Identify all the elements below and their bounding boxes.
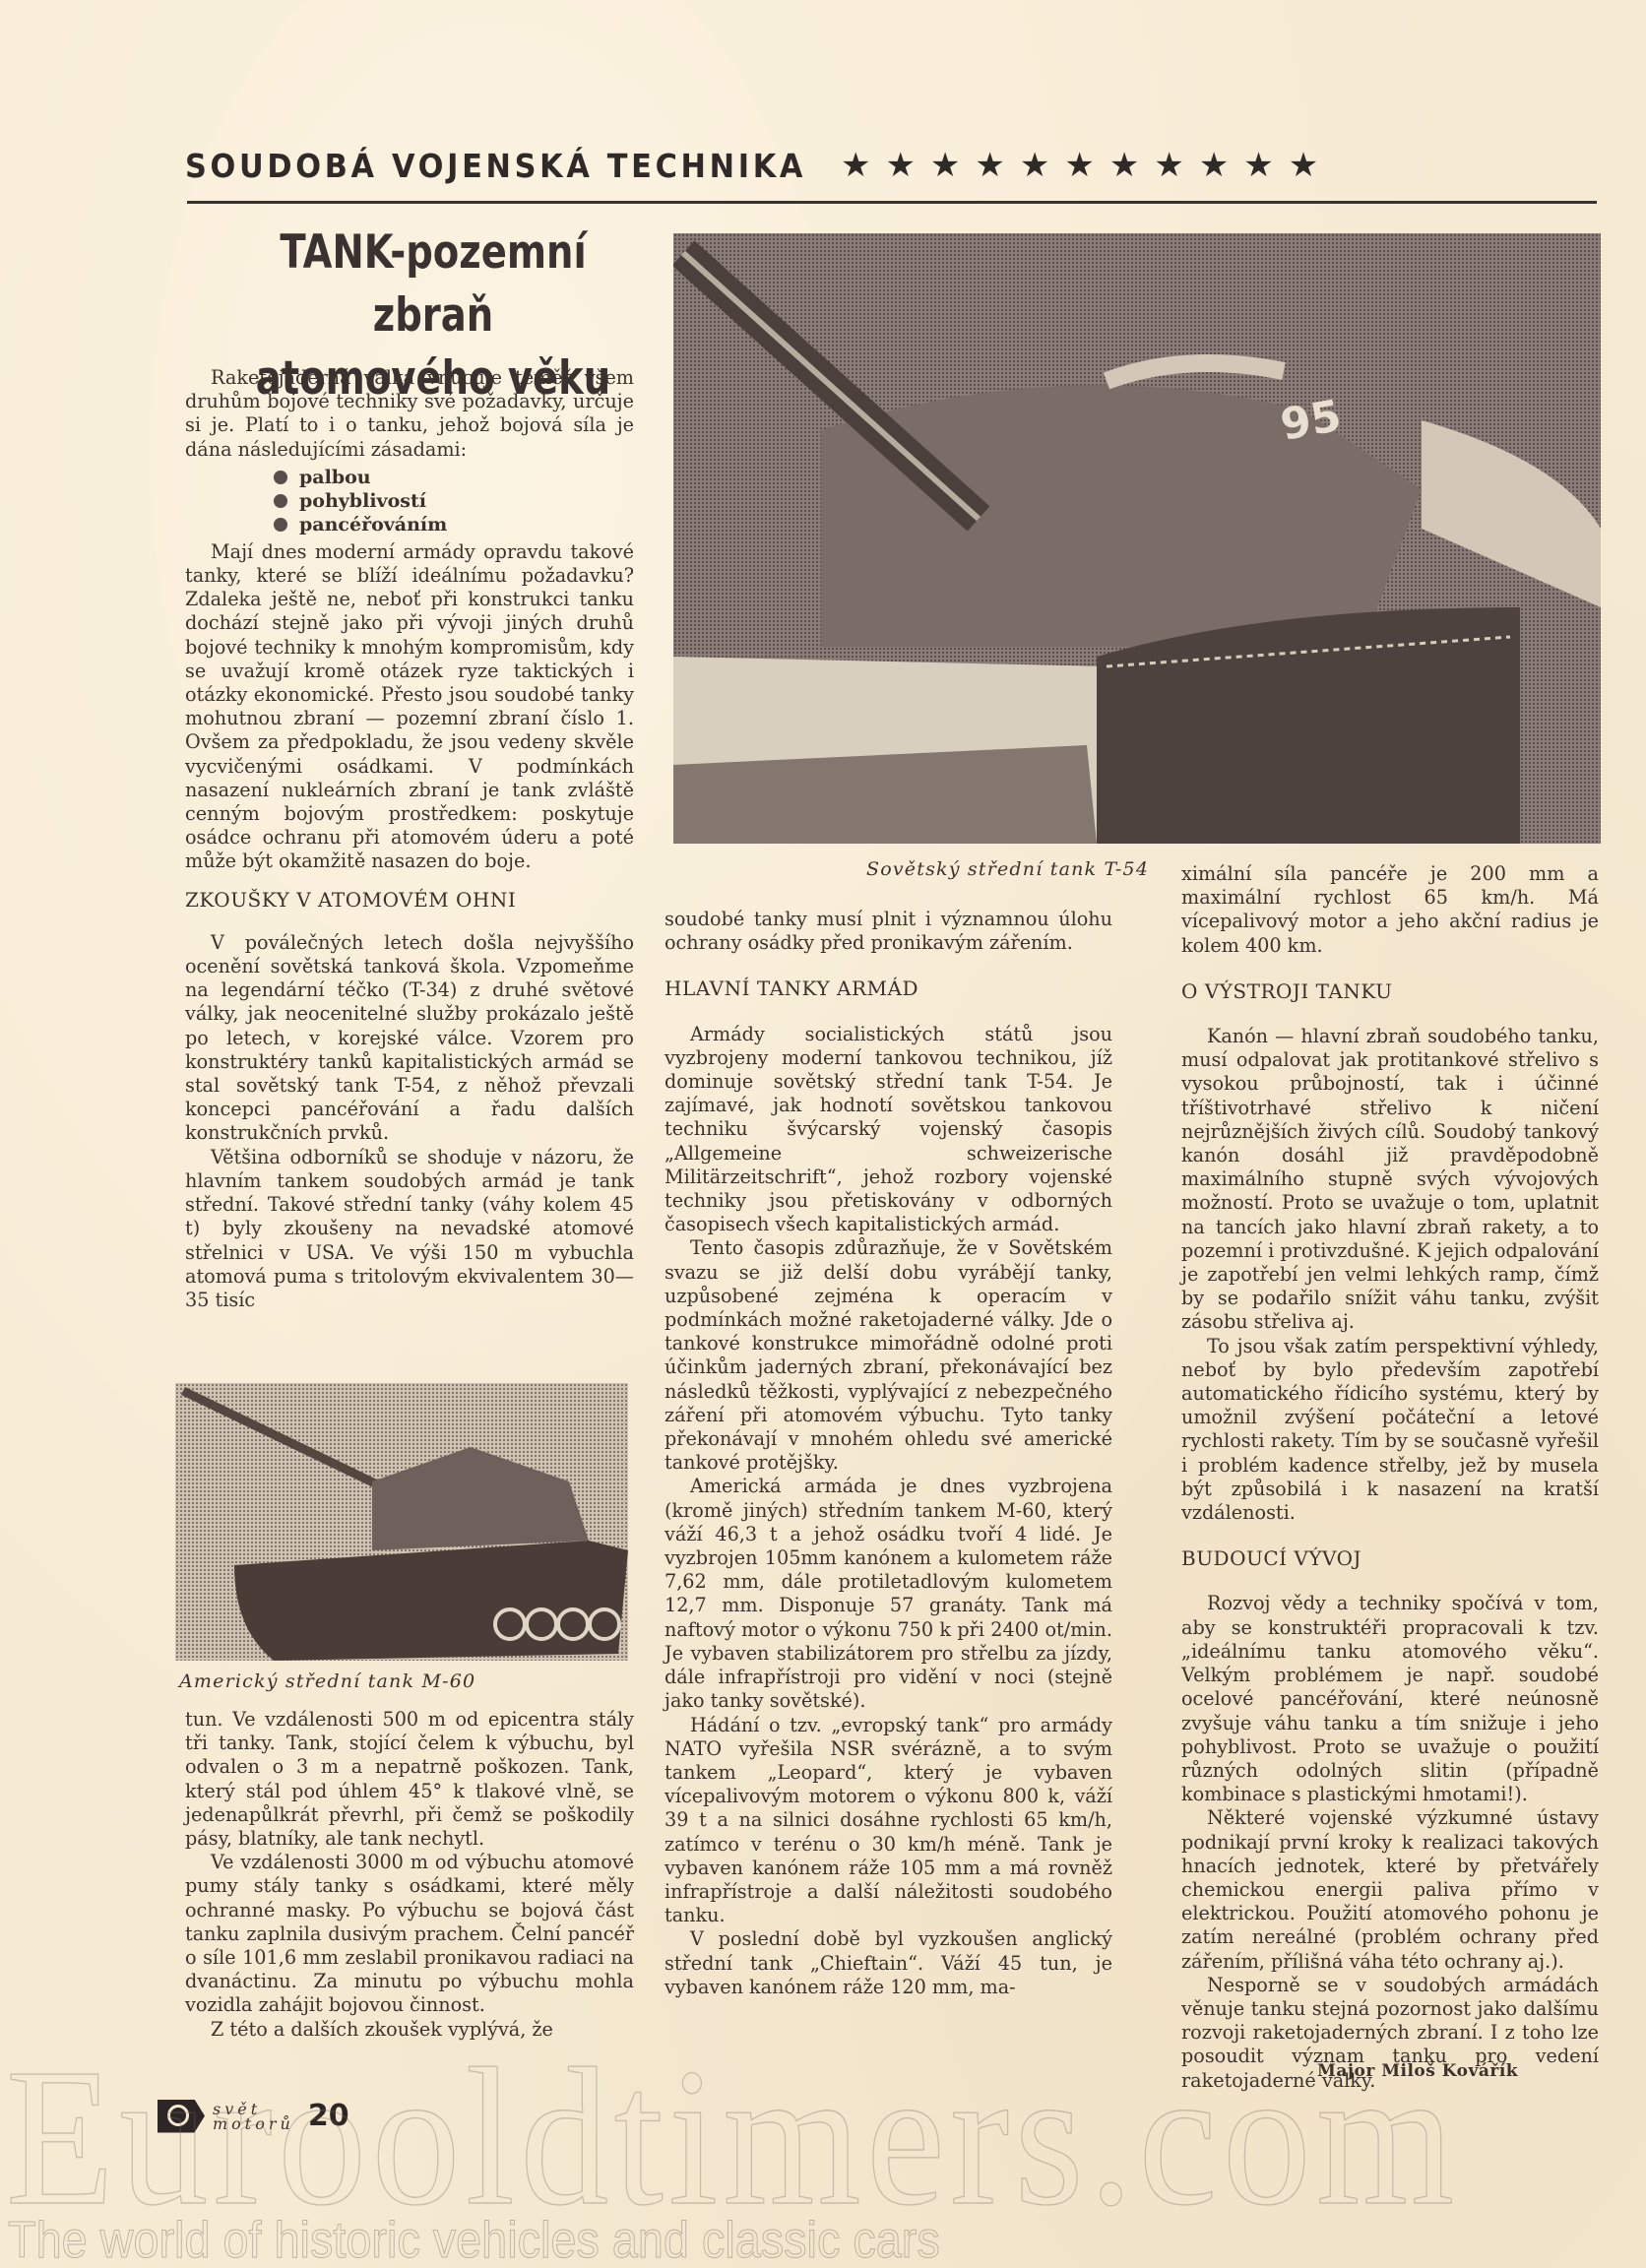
body-paragraph: Tento časopis zdůrazňuje, že v Sovětském… [665,1236,1112,1475]
section-heading: BUDOUCÍ VÝVOJ [1181,1546,1599,1570]
section-heading: ZKOUŠKY V ATOMOVÉM OHNI [185,888,634,912]
body-paragraph: Hádání o tzv. „evropský tank“ pro armády… [665,1714,1112,1928]
section-heading: HLAVNÍ TANKY ARMÁD [665,976,1112,1000]
photo-t54-tank: 95 [673,233,1601,844]
section-header: SOUDOBÁ VOJENSKÁ TECHNIKA ★★★★★★★★★★★ [185,144,1603,187]
body-paragraph: tun. Ve vzdálenosti 500 m od epicentra s… [185,1708,634,1851]
body-paragraph: Ve vzdálenosti 3000 m od výbuchu atomové… [185,1851,634,2017]
principles-list: palbou pohyblivostí pancéřováním [274,466,634,536]
body-paragraph: To jsou však zatím perspektivní výhledy,… [1181,1335,1599,1526]
principle-item: pohyblivostí [274,489,634,513]
body-paragraph: Kanón — hlavní zbraň soudobého tanku, mu… [1181,1025,1599,1335]
intro-paragraph-2: Mají dnes moderní armády opravdu takové … [185,540,634,874]
watermark-tagline: The world of historic vehicles and class… [8,2211,940,2268]
column-middle: soudobé tanky musí plnit i významnou úlo… [665,908,1112,1999]
tank-m60-illustration [175,1383,628,1661]
column-left-top: Raketojaderná válka vnucuje téměř všem d… [185,366,634,1312]
column-right: ximální síla pancéře je 200 mm a maximál… [1181,862,1599,2093]
section-heading: O VÝSTROJI TANKU [1181,979,1599,1003]
body-paragraph: Některé vojenské výzkumné ústavy podnika… [1181,1806,1599,1973]
header-rule [187,201,1597,204]
photo-m60-tank [175,1383,628,1661]
watermark-site: Eurooldtimers.com [6,2040,1460,2236]
bullet-icon [274,471,287,484]
body-paragraph: Většina odborníků se shoduje v názoru, ž… [185,1146,634,1312]
body-paragraph: V poslední době byl vyzkoušen anglický s… [665,1927,1112,1999]
title-line-1: TANK-pozemní zbraň [223,221,643,347]
principle-item: palbou [274,466,634,489]
section-kicker: SOUDOBÁ VOJENSKÁ TECHNIKA [185,147,806,185]
body-paragraph: ximální síla pancéře je 200 mm a maximál… [1181,862,1599,958]
photo-caption-t54: Sovětský střední tank T-54 [866,858,1149,880]
body-paragraph: Armády socialistických států jsou vyzbro… [665,1023,1112,1237]
column-left-bottom: tun. Ve vzdálenosti 500 m od epicentra s… [185,1708,634,2042]
photo-caption-m60: Americký střední tank M-60 [179,1670,475,1692]
turret-number: 95 [1277,391,1345,451]
body-paragraph: Americká armáda je dnes vyzbrojena (krom… [665,1475,1112,1713]
principle-item: pancéřováním [274,513,634,536]
body-paragraph: Rozvoj vědy a techniky spočívá v tom, ab… [1181,1592,1599,1806]
body-paragraph: soudobé tanky musí plnit i významnou úlo… [665,908,1112,955]
tank-t54-illustration: 95 [673,233,1601,844]
intro-paragraph: Raketojaderná válka vnucuje téměř všem d… [185,366,634,462]
bullet-icon [274,494,287,508]
body-paragraph: V poválečných letech došla nejvyššího oc… [185,931,634,1146]
star-row-icon: ★★★★★★★★★★★ [841,146,1333,185]
bullet-icon [274,518,287,532]
